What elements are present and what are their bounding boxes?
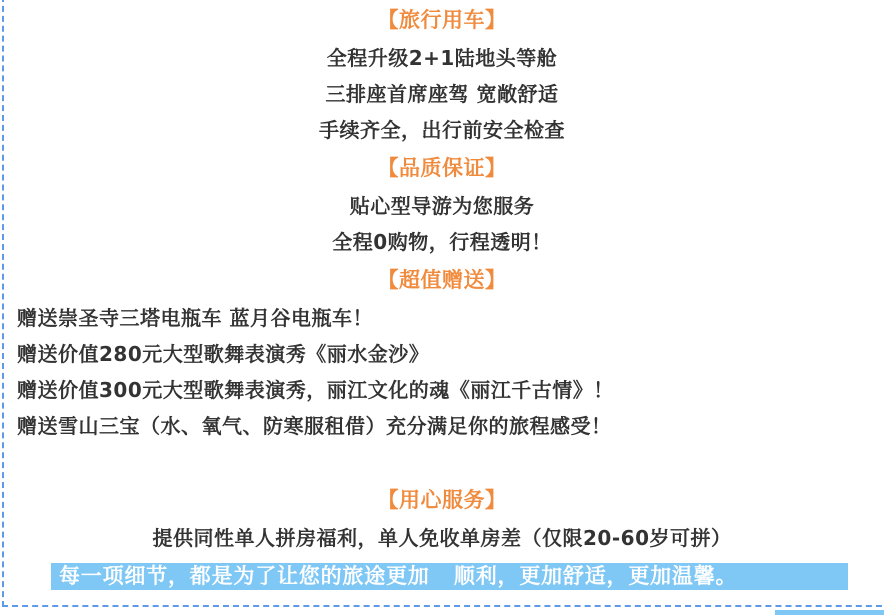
slogan-text: 每一项细节，都是为了让您的旅途更加 顺利，更加舒适，更加温馨。	[51, 563, 848, 590]
service-line-1: 提供同性单人拼房福利，单人免收单房差（仅限20-60岁可拼）	[0, 525, 884, 551]
section-heading-service: 【用心服务】	[0, 487, 884, 513]
gift-line-2: 赠送价值280元大型歌舞表演秀《丽水金沙》	[0, 341, 884, 367]
section-heading-quality: 【品质保证】	[0, 155, 884, 181]
gift-line-1: 赠送崇圣寺三塔电瓶车 蓝月谷电瓶车！	[0, 305, 884, 331]
quality-line-1: 贴心型导游为您服务	[0, 193, 884, 219]
vehicle-line-1: 全程升级2+1陆地头等舱	[0, 45, 884, 71]
section-heading-vehicle: 【旅行用车】	[0, 7, 884, 33]
vehicle-line-2: 三排座首席座驾 宽敞舒适	[0, 81, 884, 107]
decorative-corner-bar	[775, 610, 884, 615]
section-heading-gifts: 【超值赠送】	[0, 267, 884, 293]
gift-line-4: 赠送雪山三宝（水、氧气、防寒服租借）充分满足你的旅程感受！	[0, 413, 884, 439]
gift-line-3: 赠送价值300元大型歌舞表演秀，丽江文化的魂《丽江千古情》！	[0, 377, 884, 403]
slogan-highlight-bar: 每一项细节，都是为了让您的旅途更加 顺利，更加舒适，更加温馨。	[51, 563, 848, 590]
vehicle-line-3: 手续齐全，出行前安全检查	[0, 117, 884, 143]
quality-line-2: 全程0购物，行程透明！	[0, 229, 884, 255]
